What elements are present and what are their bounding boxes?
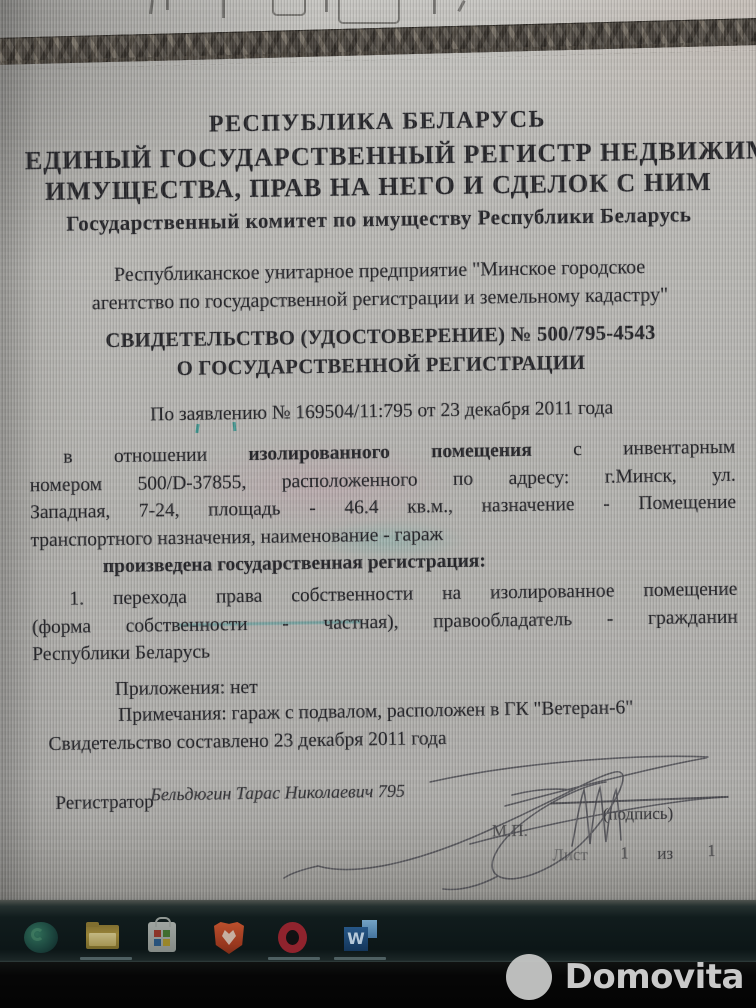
registrar-label: Регистратор	[55, 791, 154, 814]
running-app-indicator	[80, 957, 132, 960]
taskbar: W	[0, 900, 756, 962]
file-explorer-icon[interactable]	[86, 925, 119, 949]
object-line1-pre: в отношении	[63, 445, 207, 468]
object-line1-bold: изолированного помещения	[248, 440, 532, 465]
store-tile-yellow	[163, 939, 170, 946]
green-app-icon[interactable]	[24, 922, 58, 953]
object-line1-post: с инвентарным	[573, 437, 735, 460]
stamp-abbr: М.П.	[492, 821, 528, 842]
microsoft-store-icon[interactable]	[148, 922, 176, 952]
word-letter: W	[344, 927, 368, 951]
cropped-print-fragment	[166, 0, 169, 10]
store-tile-red	[154, 930, 161, 937]
ornament-band	[0, 18, 756, 65]
committee-line: Государственный комитет по имуществу Рес…	[26, 202, 732, 237]
cropped-print-fragment	[338, 0, 400, 24]
screen: РЕСПУБЛИКА БЕЛАРУСЬ ЕДИНЫЙ ГОСУДАРСТВЕНН…	[0, 0, 756, 962]
cropped-print-fragment	[457, 0, 465, 12]
brave-lion-face	[222, 930, 236, 945]
sheet-total: 1	[707, 841, 716, 861]
photo-stage: РЕСПУБЛИКА БЕЛАРУСЬ ЕДИНЫЙ ГОСУДАРСТВЕНН…	[0, 0, 756, 1008]
cropped-print-fragment	[149, 0, 154, 14]
registrar-name: Бельдюгин Тарас Николаевич 795	[150, 781, 405, 806]
domovita-watermark: Domovita	[506, 954, 744, 1000]
sheet-word: Лист	[552, 845, 588, 866]
running-app-indicator	[268, 957, 320, 960]
certificate: РЕСПУБЛИКА БЕЛАРУСЬ ЕДИНЫЙ ГОСУДАРСТВЕНН…	[24, 90, 742, 915]
sheet-number: 1	[620, 843, 629, 863]
cropped-print-fragment	[325, 0, 328, 12]
opera-icon[interactable]	[278, 922, 307, 953]
word-icon[interactable]: W	[344, 923, 377, 951]
domovita-brand-text: Domovita	[565, 957, 744, 997]
folder-paper	[89, 933, 116, 946]
cropped-print-fragment	[272, 0, 306, 16]
store-tile-green	[163, 930, 170, 937]
running-app-indicator	[334, 957, 386, 960]
application-line: По заявлению № 169504/11:795 от 23 декаб…	[29, 396, 735, 428]
domovita-circle-icon	[506, 954, 552, 1000]
green-app-swirl	[31, 928, 44, 941]
cropped-print-fragment	[222, 0, 225, 18]
cropped-print-fragment	[433, 0, 436, 14]
store-tile-blue	[154, 939, 161, 946]
sheet-of-label: из	[657, 844, 673, 864]
signature-caption: (подпись)	[603, 804, 674, 825]
brave-icon[interactable]	[214, 922, 244, 954]
